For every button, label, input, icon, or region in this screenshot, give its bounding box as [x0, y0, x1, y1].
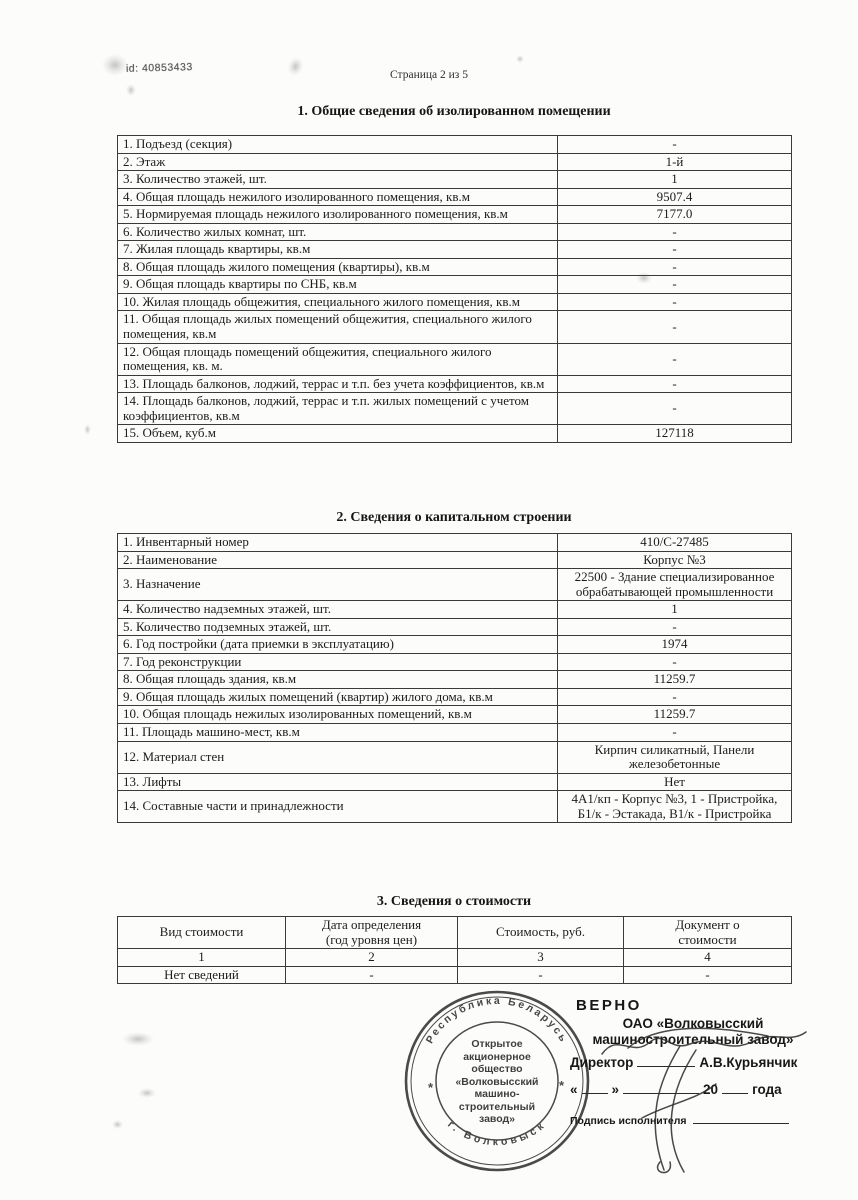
- table-row: 4. Общая площадь нежилого изолированного…: [118, 188, 792, 206]
- table-row: 10. Общая площадь нежилых изолированных …: [118, 706, 792, 724]
- executor-signature-scribble: [612, 1042, 722, 1177]
- stamp-center-line: «Волковысский: [455, 1076, 538, 1089]
- cost-value-cell: Нет сведений: [118, 966, 286, 984]
- row-value-cell: -: [558, 724, 792, 742]
- row-label-cell: 1. Подъезд (секция): [118, 136, 558, 154]
- row-label-cell: 1. Инвентарный номер: [118, 534, 558, 552]
- row-label-cell: 2. Наименование: [118, 551, 558, 569]
- stamp-star-left: *: [428, 1080, 434, 1095]
- table-row: 12. Материал стенКирпич силикатный, Пане…: [118, 741, 792, 773]
- cost-value-cell: -: [458, 966, 624, 984]
- row-label-cell: 4. Общая площадь нежилого изолированного…: [118, 188, 558, 206]
- scan-noise: [126, 84, 136, 96]
- row-label-cell: 9. Общая площадь квартиры по СНБ, кв.м: [118, 276, 558, 294]
- row-value-cell: 4А1/кп - Корпус №3, 1 - Пристройка, Б1/к…: [558, 791, 792, 823]
- cost-header-cell: Вид стоимости: [118, 917, 286, 949]
- row-value-cell: -: [558, 136, 792, 154]
- table-row: 6. Количество жилых комнат, шт.-: [118, 223, 792, 241]
- table-row: 13. ЛифтыНет: [118, 773, 792, 791]
- table-row: 11. Общая площадь жилых помещений общежи…: [118, 311, 792, 343]
- row-label-cell: 3. Количество этажей, шт.: [118, 171, 558, 189]
- row-label-cell: 7. Год реконструкции: [118, 653, 558, 671]
- table-row: 7. Жилая площадь квартиры, кв.м-: [118, 241, 792, 259]
- date-year-suffix: года: [752, 1082, 782, 1097]
- row-label-cell: 13. Лифты: [118, 773, 558, 791]
- stamp-center-line: акционерное: [463, 1051, 531, 1064]
- scan-noise: [516, 55, 524, 63]
- table-row: 1. Инвентарный номер410/С-27485: [118, 534, 792, 552]
- scan-noise: [112, 1120, 123, 1129]
- row-label-cell: 14. Площадь балконов, лоджий, террас и т…: [118, 393, 558, 425]
- row-label-cell: 8. Общая площадь здания, кв.м: [118, 671, 558, 689]
- row-value-cell: Нет: [558, 773, 792, 791]
- scan-noise: [138, 1088, 156, 1098]
- table-row: 11. Площадь машино-мест, кв.м-: [118, 724, 792, 742]
- section-title-cost: 3. Сведения о стоимости: [117, 894, 791, 910]
- stamp-center-line: строительный: [459, 1101, 535, 1114]
- row-label-cell: 8. Общая площадь жилого помещения (кварт…: [118, 258, 558, 276]
- row-value-cell: -: [558, 223, 792, 241]
- row-value-cell: 9507.4: [558, 188, 792, 206]
- row-label-cell: 12. Материал стен: [118, 741, 558, 773]
- cost-number-cell: 3: [458, 949, 624, 967]
- table-row: 5. Нормируемая площадь нежилого изолиров…: [118, 206, 792, 224]
- row-value-cell: 410/С-27485: [558, 534, 792, 552]
- row-value-cell: 11259.7: [558, 671, 792, 689]
- row-value-cell: 1-й: [558, 153, 792, 171]
- cost-header-cell: Дата определения (год уровня цен): [286, 917, 458, 949]
- row-value-cell: -: [558, 258, 792, 276]
- row-value-cell: -: [558, 311, 792, 343]
- date-day-blank: [582, 1081, 608, 1094]
- cost-header-cell: Документ о стоимости: [624, 917, 792, 949]
- row-value-cell: 7177.0: [558, 206, 792, 224]
- section-title-general-info: 1. Общие сведения об изолированном помещ…: [117, 104, 791, 120]
- scanned-document-page: { "page": { "doc_id": "id: 40853433", "p…: [0, 0, 858, 1200]
- date-quote-open: «: [570, 1082, 578, 1097]
- row-value-cell: -: [558, 393, 792, 425]
- cost-number-row: 1234: [118, 949, 792, 967]
- row-label-cell: 10. Общая площадь нежилых изолированных …: [118, 706, 558, 724]
- cost-value-cell: -: [624, 966, 792, 984]
- row-label-cell: 6. Количество жилых комнат, шт.: [118, 223, 558, 241]
- row-label-cell: 13. Площадь балконов, лоджий, террас и т…: [118, 375, 558, 393]
- table-row: 12. Общая площадь помещений общежития, с…: [118, 343, 792, 375]
- table-row: 7. Год реконструкции-: [118, 653, 792, 671]
- row-value-cell: -: [558, 375, 792, 393]
- row-value-cell: -: [558, 653, 792, 671]
- row-label-cell: 12. Общая площадь помещений общежития, с…: [118, 343, 558, 375]
- stamp-center-line: машино-: [475, 1088, 520, 1101]
- scan-noise: [84, 424, 91, 435]
- row-value-cell: 22500 - Здание специализированное обраба…: [558, 569, 792, 601]
- stamp-center-line: завод»: [479, 1113, 515, 1126]
- row-value-cell: -: [558, 618, 792, 636]
- cost-data-row: Нет сведений---: [118, 966, 792, 984]
- row-label-cell: 11. Площадь машино-мест, кв.м: [118, 724, 558, 742]
- row-label-cell: 3. Назначение: [118, 569, 558, 601]
- row-value-cell: Кирпич силикатный, Панели железобетонные: [558, 741, 792, 773]
- table-row: 3. Назначение22500 - Здание специализиро…: [118, 569, 792, 601]
- cost-number-cell: 2: [286, 949, 458, 967]
- table-row: 8. Общая площадь жилого помещения (кварт…: [118, 258, 792, 276]
- cost-table: Вид стоимостиДата определения (год уровн…: [117, 916, 792, 984]
- cost-number-cell: 4: [624, 949, 792, 967]
- cost-header-row: Вид стоимостиДата определения (год уровн…: [118, 917, 792, 949]
- table-row: 2. НаименованиеКорпус №3: [118, 551, 792, 569]
- general-info-table: 1. Подъезд (секция)-2. Этаж1-й3. Количес…: [117, 135, 792, 443]
- table-row: 13. Площадь балконов, лоджий, террас и т…: [118, 375, 792, 393]
- date-year-blank: [722, 1081, 748, 1094]
- cost-table-head: Вид стоимостиДата определения (год уровн…: [118, 917, 792, 949]
- row-value-cell: 1: [558, 171, 792, 189]
- cost-header-cell: Стоимость, руб.: [458, 917, 624, 949]
- row-label-cell: 6. Год постройки (дата приемки в эксплуа…: [118, 636, 558, 654]
- row-value-cell: -: [558, 688, 792, 706]
- table-row: 10. Жилая площадь общежития, специальног…: [118, 293, 792, 311]
- row-value-cell: -: [558, 241, 792, 259]
- general-info-table-body: 1. Подъезд (секция)-2. Этаж1-й3. Количес…: [118, 136, 792, 443]
- row-value-cell: -: [558, 276, 792, 294]
- table-row: 9. Общая площадь жилых помещений (кварти…: [118, 688, 792, 706]
- row-value-cell: 1974: [558, 636, 792, 654]
- row-value-cell: 127118: [558, 425, 792, 443]
- table-row: 14. Составные части и принадлежности4А1/…: [118, 791, 792, 823]
- table-row: 2. Этаж1-й: [118, 153, 792, 171]
- verno-label: ВЕРНО: [576, 997, 816, 1014]
- row-label-cell: 2. Этаж: [118, 153, 558, 171]
- row-value-cell: -: [558, 343, 792, 375]
- table-row: 14. Площадь балконов, лоджий, террас и т…: [118, 393, 792, 425]
- table-row: 6. Год постройки (дата приемки в эксплуа…: [118, 636, 792, 654]
- building-table: 1. Инвентарный номер410/С-274852. Наимен…: [117, 533, 792, 823]
- stamp-center-line: общество: [471, 1063, 522, 1076]
- row-value-cell: 11259.7: [558, 706, 792, 724]
- table-row: 3. Количество этажей, шт.1: [118, 171, 792, 189]
- row-label-cell: 15. Объем, куб.м: [118, 425, 558, 443]
- row-label-cell: 4. Количество надземных этажей, шт.: [118, 601, 558, 619]
- cost-number-cell: 1: [118, 949, 286, 967]
- scan-noise: [122, 1032, 154, 1046]
- table-row: 8. Общая площадь здания, кв.м11259.7: [118, 671, 792, 689]
- table-row: 15. Объем, куб.м127118: [118, 425, 792, 443]
- table-row: 1. Подъезд (секция)-: [118, 136, 792, 154]
- row-label-cell: 5. Нормируемая площадь нежилого изолиров…: [118, 206, 558, 224]
- row-label-cell: 7. Жилая площадь квартиры, кв.м: [118, 241, 558, 259]
- cost-value-cell: -: [286, 966, 458, 984]
- stamp-center-line: Открытое: [471, 1038, 522, 1051]
- section-title-building: 2. Сведения о капитальном строении: [117, 510, 791, 526]
- row-label-cell: 14. Составные части и принадлежности: [118, 791, 558, 823]
- table-row: 9. Общая площадь квартиры по СНБ, кв.м-: [118, 276, 792, 294]
- row-value-cell: -: [558, 293, 792, 311]
- row-value-cell: 1: [558, 601, 792, 619]
- cost-table-body: 1234Нет сведений---: [118, 949, 792, 984]
- row-value-cell: Корпус №3: [558, 551, 792, 569]
- row-label-cell: 11. Общая площадь жилых помещений общежи…: [118, 311, 558, 343]
- page-number: Страница 2 из 5: [0, 69, 858, 81]
- stamp-center-text: Открытоеакционерноеобщество«Волковысский…: [437, 1024, 557, 1140]
- row-label-cell: 9. Общая площадь жилых помещений (кварти…: [118, 688, 558, 706]
- table-row: 4. Количество надземных этажей, шт.1: [118, 601, 792, 619]
- table-row: 5. Количество подземных этажей, шт.-: [118, 618, 792, 636]
- row-label-cell: 10. Жилая площадь общежития, специальног…: [118, 293, 558, 311]
- stamp-star-right: *: [559, 1078, 565, 1093]
- row-label-cell: 5. Количество подземных этажей, шт.: [118, 618, 558, 636]
- building-table-body: 1. Инвентарный номер410/С-274852. Наимен…: [118, 534, 792, 823]
